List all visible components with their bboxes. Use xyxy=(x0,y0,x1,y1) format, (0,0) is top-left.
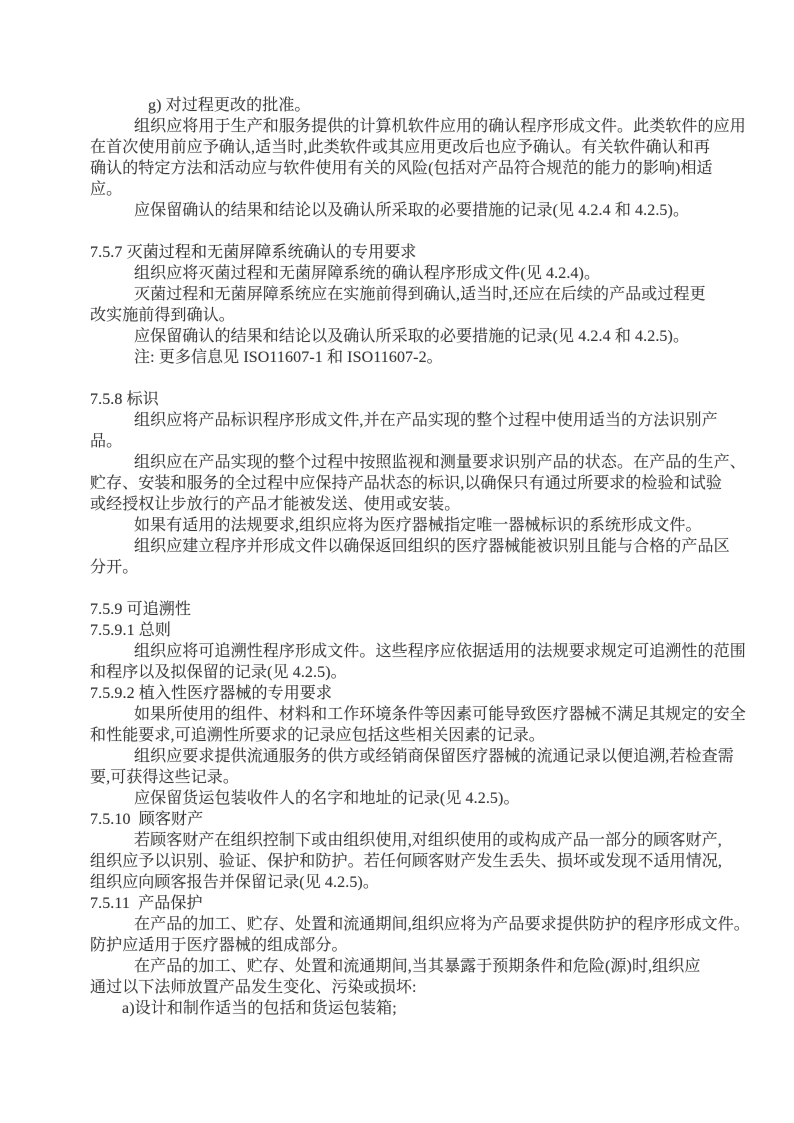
text-line: 贮存、安装和服务的全过程中应保持产品状态的标识,以确保只有通过所要求的检验和试验 xyxy=(90,473,706,494)
section-heading: 7.5.9.1 总则 xyxy=(90,620,706,641)
section-heading: 7.5.7 灭菌过程和无菌屏障系统确认的专用要求 xyxy=(90,242,706,263)
text-line: 应。 xyxy=(90,179,706,200)
text-line: 分开。 xyxy=(90,557,706,578)
text-line: 组织应在产品实现的整个过程中按照监视和测量要求识别产品的状态。在产品的生产、 xyxy=(90,452,706,473)
text-line: 通过以下法师放置产品发生变化、污染或损坏: xyxy=(90,977,706,998)
text-line: 确认的特定方法和活动应与软件使用有关的风险(包括对产品符合规范的能力的影响)相适 xyxy=(90,158,706,179)
text-line: 要,可获得这些记录。 xyxy=(90,767,706,788)
text-line: 在首次使用前应予确认,适当时,此类软件或其应用更改后也应予确认。有关软件确认和再 xyxy=(90,137,706,158)
text-line: 在产品的加工、贮存、处置和流通期间,组织应将为产品要求提供防护的程序形成文件。 xyxy=(90,914,706,935)
section-heading: 7.5.9.2 植入性医疗器械的专用要求 xyxy=(90,683,706,704)
text-line: 组织应向顾客报告并保留记录(见 4.2.5)。 xyxy=(90,872,706,893)
clause-7-5-8-identification: 7.5.8 标识组织应将产品标识程序形成文件,并在产品实现的整个过程中使用适当的… xyxy=(90,389,706,578)
text-line: 防护应适用于医疗器械的组成部分。 xyxy=(90,935,706,956)
text-line: g) 对过程更改的批准。 xyxy=(90,95,706,116)
section-heading: 7.5.10 顾客财产 xyxy=(90,809,706,830)
text-line: 品。 xyxy=(90,431,706,452)
text-line: 组织应将灭菌过程和无菌屏障系统的确认程序形成文件(见 4.2.4)。 xyxy=(90,263,706,284)
clauses-7-5-9-traceability-to-7-5-11-preservation: 7.5.9 可追溯性7.5.9.1 总则组织应将可追溯性程序形成文件。这些程序应… xyxy=(90,599,706,1019)
section-heading: 7.5.9 可追溯性 xyxy=(90,599,706,620)
text-line: 应保留确认的结果和结论以及确认所采取的必要措施的记录(见 4.2.4 和 4.2… xyxy=(90,326,706,347)
clause-7-5-7-sterilization-validation: 7.5.7 灭菌过程和无菌屏障系统确认的专用要求组织应将灭菌过程和无菌屏障系统的… xyxy=(90,242,706,368)
text-line: 如果有适用的法规要求,组织应将为医疗器械指定唯一器械标识的系统形成文件。 xyxy=(90,515,706,536)
text-line: 组织应将产品标识程序形成文件,并在产品实现的整个过程中使用适当的方法识别产 xyxy=(90,410,706,431)
text-line: 组织应将可追溯性程序形成文件。这些程序应依据适用的法规要求规定可追溯性的范围 xyxy=(90,641,706,662)
text-line: 改实施前得到确认。 xyxy=(90,305,706,326)
text-line: 应保留确认的结果和结论以及确认所采取的必要措施的记录(见 4.2.4 和 4.2… xyxy=(90,200,706,221)
document-page: g) 对过程更改的批准。组织应将用于生产和服务提供的计算机软件应用的确认程序形成… xyxy=(0,0,794,1123)
section-heading: 7.5.8 标识 xyxy=(90,389,706,410)
text-line: 如果所使用的组件、材料和工作环境条件等因素可能导致医疗器械不满足其规定的安全 xyxy=(90,704,706,725)
text-line: a)设计和制作适当的包括和货运包装箱; xyxy=(90,998,706,1019)
text-line: 组织应建立程序并形成文件以确保返回组织的医疗器械能被识别且能与合格的产品区 xyxy=(90,536,706,557)
text-line: 灭菌过程和无菌屏障系统应在实施前得到确认,适当时,还应在后续的产品或过程更 xyxy=(90,284,706,305)
document-content: g) 对过程更改的批准。组织应将用于生产和服务提供的计算机软件应用的确认程序形成… xyxy=(90,95,706,1019)
text-line: 注: 更多信息见 ISO11607-1 和 ISO11607-2。 xyxy=(90,347,706,368)
section-heading: 7.5.11 产品保护 xyxy=(90,893,706,914)
clause-software-validation-continued: g) 对过程更改的批准。组织应将用于生产和服务提供的计算机软件应用的确认程序形成… xyxy=(90,95,706,221)
text-line: 或经授权让步放行的产品才能被发送、使用或安装。 xyxy=(90,494,706,515)
text-line: 组织应要求提供流通服务的供方或经销商保留医疗器械的流通记录以便追溯,若检查需 xyxy=(90,746,706,767)
text-line: 应保留货运包装收件人的名字和地址的记录(见 4.2.5)。 xyxy=(90,788,706,809)
text-line: 和性能要求,可追溯性所要求的记录应包括这些相关因素的记录。 xyxy=(90,725,706,746)
text-line: 在产品的加工、贮存、处置和流通期间,当其暴露于预期条件和危险(源)时,组织应 xyxy=(90,956,706,977)
text-line: 组织应将用于生产和服务提供的计算机软件应用的确认程序形成文件。此类软件的应用 xyxy=(90,116,706,137)
text-line: 和程序以及拟保留的记录(见 4.2.5)。 xyxy=(90,662,706,683)
text-line: 组织应予以识别、验证、保护和防护。若任何顾客财产发生丢失、损坏或发现不适用情况, xyxy=(90,851,706,872)
text-line: 若顾客财产在组织控制下或由组织使用,对组织使用的或构成产品一部分的顾客财产, xyxy=(90,830,706,851)
